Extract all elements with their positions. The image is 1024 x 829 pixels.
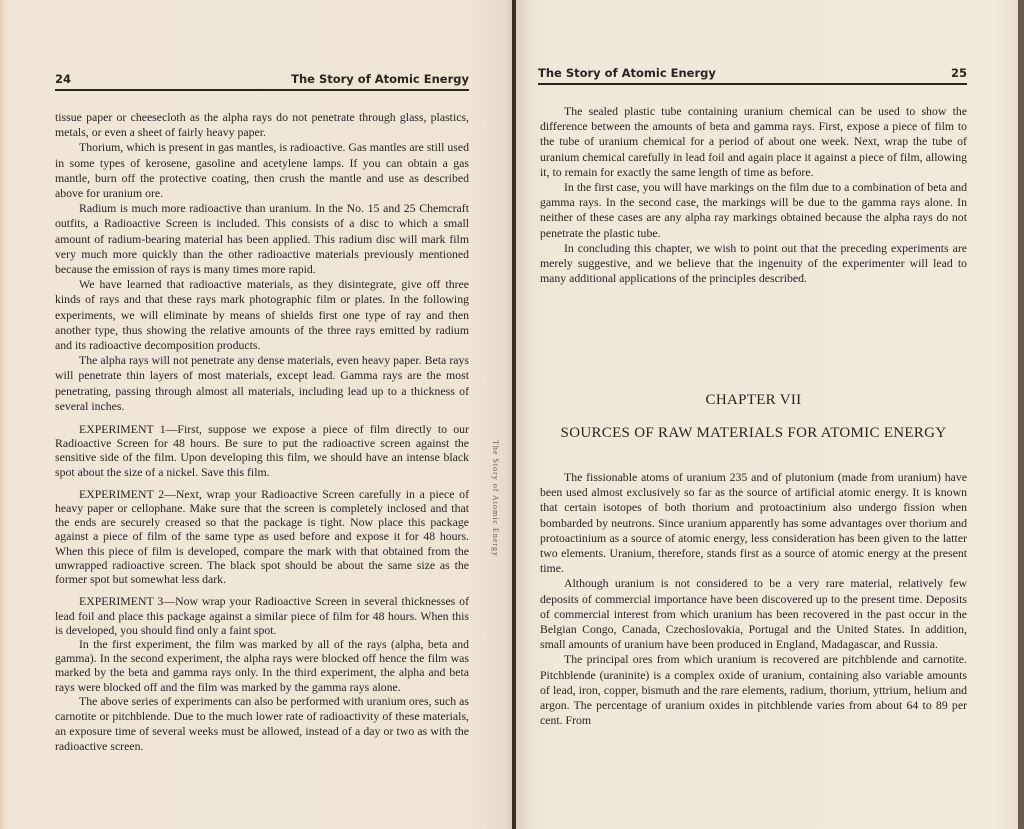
paragraph: The above series of experiments can also… xyxy=(55,694,469,755)
paragraph: The sealed plastic tube containing urani… xyxy=(540,104,967,180)
paragraph: tissue paper or cheesecloth as the alpha… xyxy=(55,110,469,140)
book-spread: 24 The Story of Atomic Energy tissue pap… xyxy=(0,0,1024,829)
experiment-1: EXPERIMENT 1—First, suppose we expose a … xyxy=(55,422,469,479)
chapter-heading: CHAPTER VII SOURCES OF RAW MATERIALS FOR… xyxy=(540,392,967,444)
chapter-body: The fissionable atoms of uranium 235 and… xyxy=(540,470,967,728)
chapter-number: CHAPTER VII xyxy=(540,392,967,409)
running-title: The Story of Atomic Energy xyxy=(538,66,716,80)
right-running-head: The Story of Atomic Energy 25 xyxy=(538,62,967,85)
chapter-title: SOURCES OF RAW MATERIALS FOR ATOMIC ENER… xyxy=(540,423,967,444)
experiment-3: EXPERIMENT 3—Now wrap your Radioactive S… xyxy=(55,594,469,637)
paragraph: Thorium, which is present in gas mantles… xyxy=(55,140,469,201)
left-running-head: 24 The Story of Atomic Energy xyxy=(55,68,469,91)
paragraph: Although uranium is not considered to be… xyxy=(540,576,967,652)
spine-text: The Story of Atomic Energy xyxy=(490,440,500,600)
left-page-text: tissue paper or cheesecloth as the alpha… xyxy=(55,110,469,755)
page-number: 24 xyxy=(55,72,71,86)
paragraph: The principal ores from which uranium is… xyxy=(540,652,967,728)
paragraph: In the first experiment, the film was ma… xyxy=(55,637,469,694)
paragraph: In the first case, you will have marking… xyxy=(540,180,967,241)
page-number: 25 xyxy=(951,66,967,80)
right-page-text: The sealed plastic tube containing urani… xyxy=(540,104,967,286)
running-title: The Story of Atomic Energy xyxy=(291,72,469,86)
paragraph: The fissionable atoms of uranium 235 and… xyxy=(540,470,967,576)
experiment-2: EXPERIMENT 2—Next, wrap your Radioactive… xyxy=(55,487,469,586)
paragraph: Radium is much more radioactive than ura… xyxy=(55,201,469,277)
left-page: 24 The Story of Atomic Energy tissue pap… xyxy=(0,0,513,829)
right-page: The Story of Atomic Energy 25 The sealed… xyxy=(516,0,1018,829)
paragraph: We have learned that radioactive materia… xyxy=(55,277,469,353)
paragraph: In concluding this chapter, we wish to p… xyxy=(540,241,967,287)
page-edge xyxy=(1018,0,1024,829)
paragraph: The alpha rays will not penetrate any de… xyxy=(55,353,469,414)
